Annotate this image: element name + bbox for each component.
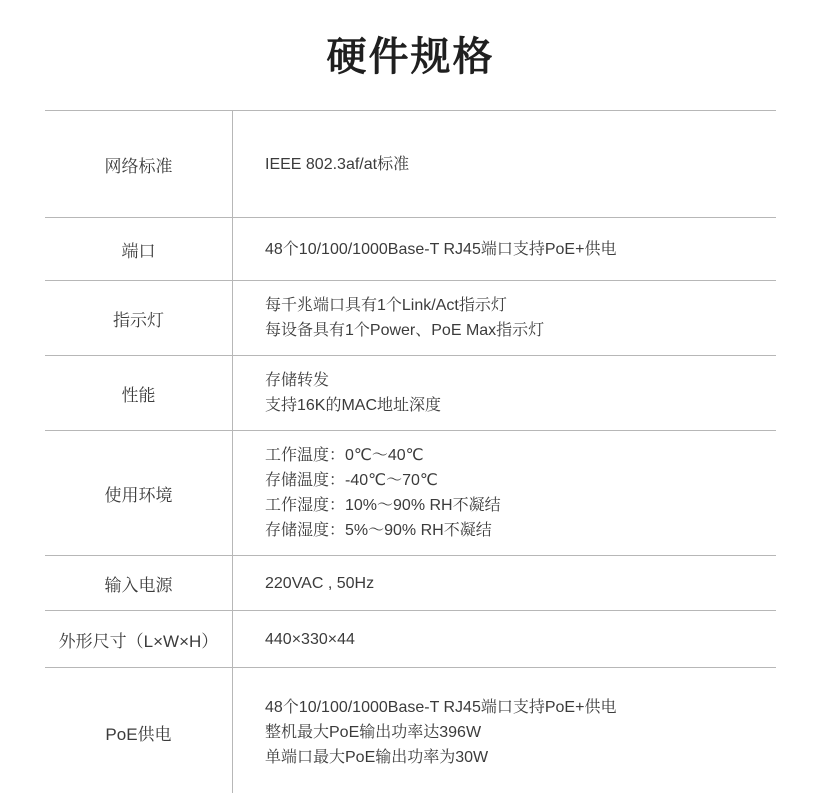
spec-value-line: 单端口最大PoE输出功率为30W [265, 745, 766, 770]
spec-values: 48个10/100/1000Base-T RJ45端口支持PoE+供电 [233, 218, 776, 280]
spec-label: 输入电源 [45, 556, 233, 610]
spec-values: 220VAC , 50Hz [233, 556, 776, 610]
page-title: 硬件规格 [0, 25, 821, 82]
spec-label: 使用环境 [45, 431, 233, 555]
spec-value-line: 存储转发 [265, 368, 766, 393]
spec-label: 网络标准 [45, 111, 233, 217]
table-row: 端口 48个10/100/1000Base-T RJ45端口支持PoE+供电 [45, 218, 776, 281]
spec-value-line: 每设备具有1个Power、PoE Max指示灯 [265, 318, 766, 343]
spec-label: 外形尺寸（L×W×H） [45, 611, 233, 667]
table-row: 性能 存储转发支持16K的MAC地址深度 [45, 356, 776, 431]
spec-value-line: 整机最大PoE输出功率达396W [265, 720, 766, 745]
spec-values: 440×330×44 [233, 611, 776, 667]
spec-values: 48个10/100/1000Base-T RJ45端口支持PoE+供电整机最大P… [233, 668, 776, 793]
spec-values: 工作温度：0℃～40℃存储温度：-40℃～70℃工作湿度：10%～90% RH不… [233, 431, 776, 555]
spec-value-line: 存储湿度：5%～90% RH不凝结 [265, 518, 766, 543]
spec-values: IEEE 802.3af/at标准 [233, 111, 776, 217]
spec-label: PoE供电 [45, 668, 233, 793]
spec-value-line: 48个10/100/1000Base-T RJ45端口支持PoE+供电 [265, 237, 766, 262]
table-row: 外形尺寸（L×W×H） 440×330×44 [45, 611, 776, 668]
spec-value-line: 440×330×44 [265, 627, 766, 652]
spec-value-line: 存储温度：-40℃～70℃ [265, 468, 766, 493]
spec-label: 性能 [45, 356, 233, 430]
table-row: 网络标准 IEEE 802.3af/at标准 [45, 111, 776, 218]
table-row: 指示灯 每千兆端口具有1个Link/Act指示灯每设备具有1个Power、PoE… [45, 281, 776, 356]
spec-value-line: 工作湿度：10%～90% RH不凝结 [265, 493, 766, 518]
spec-value-line: 每千兆端口具有1个Link/Act指示灯 [265, 293, 766, 318]
spec-value-line: 220VAC , 50Hz [265, 571, 766, 596]
table-row: 使用环境 工作温度：0℃～40℃存储温度：-40℃～70℃工作湿度：10%～90… [45, 431, 776, 556]
spec-values: 每千兆端口具有1个Link/Act指示灯每设备具有1个Power、PoE Max… [233, 281, 776, 355]
table-row: 输入电源 220VAC , 50Hz [45, 556, 776, 611]
spec-value-line: IEEE 802.3af/at标准 [265, 152, 766, 177]
spec-values: 存储转发支持16K的MAC地址深度 [233, 356, 776, 430]
spec-value-line: 工作温度：0℃～40℃ [265, 443, 766, 468]
spec-value-line: 48个10/100/1000Base-T RJ45端口支持PoE+供电 [265, 695, 766, 720]
table-row: PoE供电 48个10/100/1000Base-T RJ45端口支持PoE+供… [45, 668, 776, 793]
spec-label: 指示灯 [45, 281, 233, 355]
spec-label: 端口 [45, 218, 233, 280]
spec-value-line: 支持16K的MAC地址深度 [265, 393, 766, 418]
hardware-spec-table: 网络标准 IEEE 802.3af/at标准 端口 48个10/100/1000… [45, 110, 776, 793]
